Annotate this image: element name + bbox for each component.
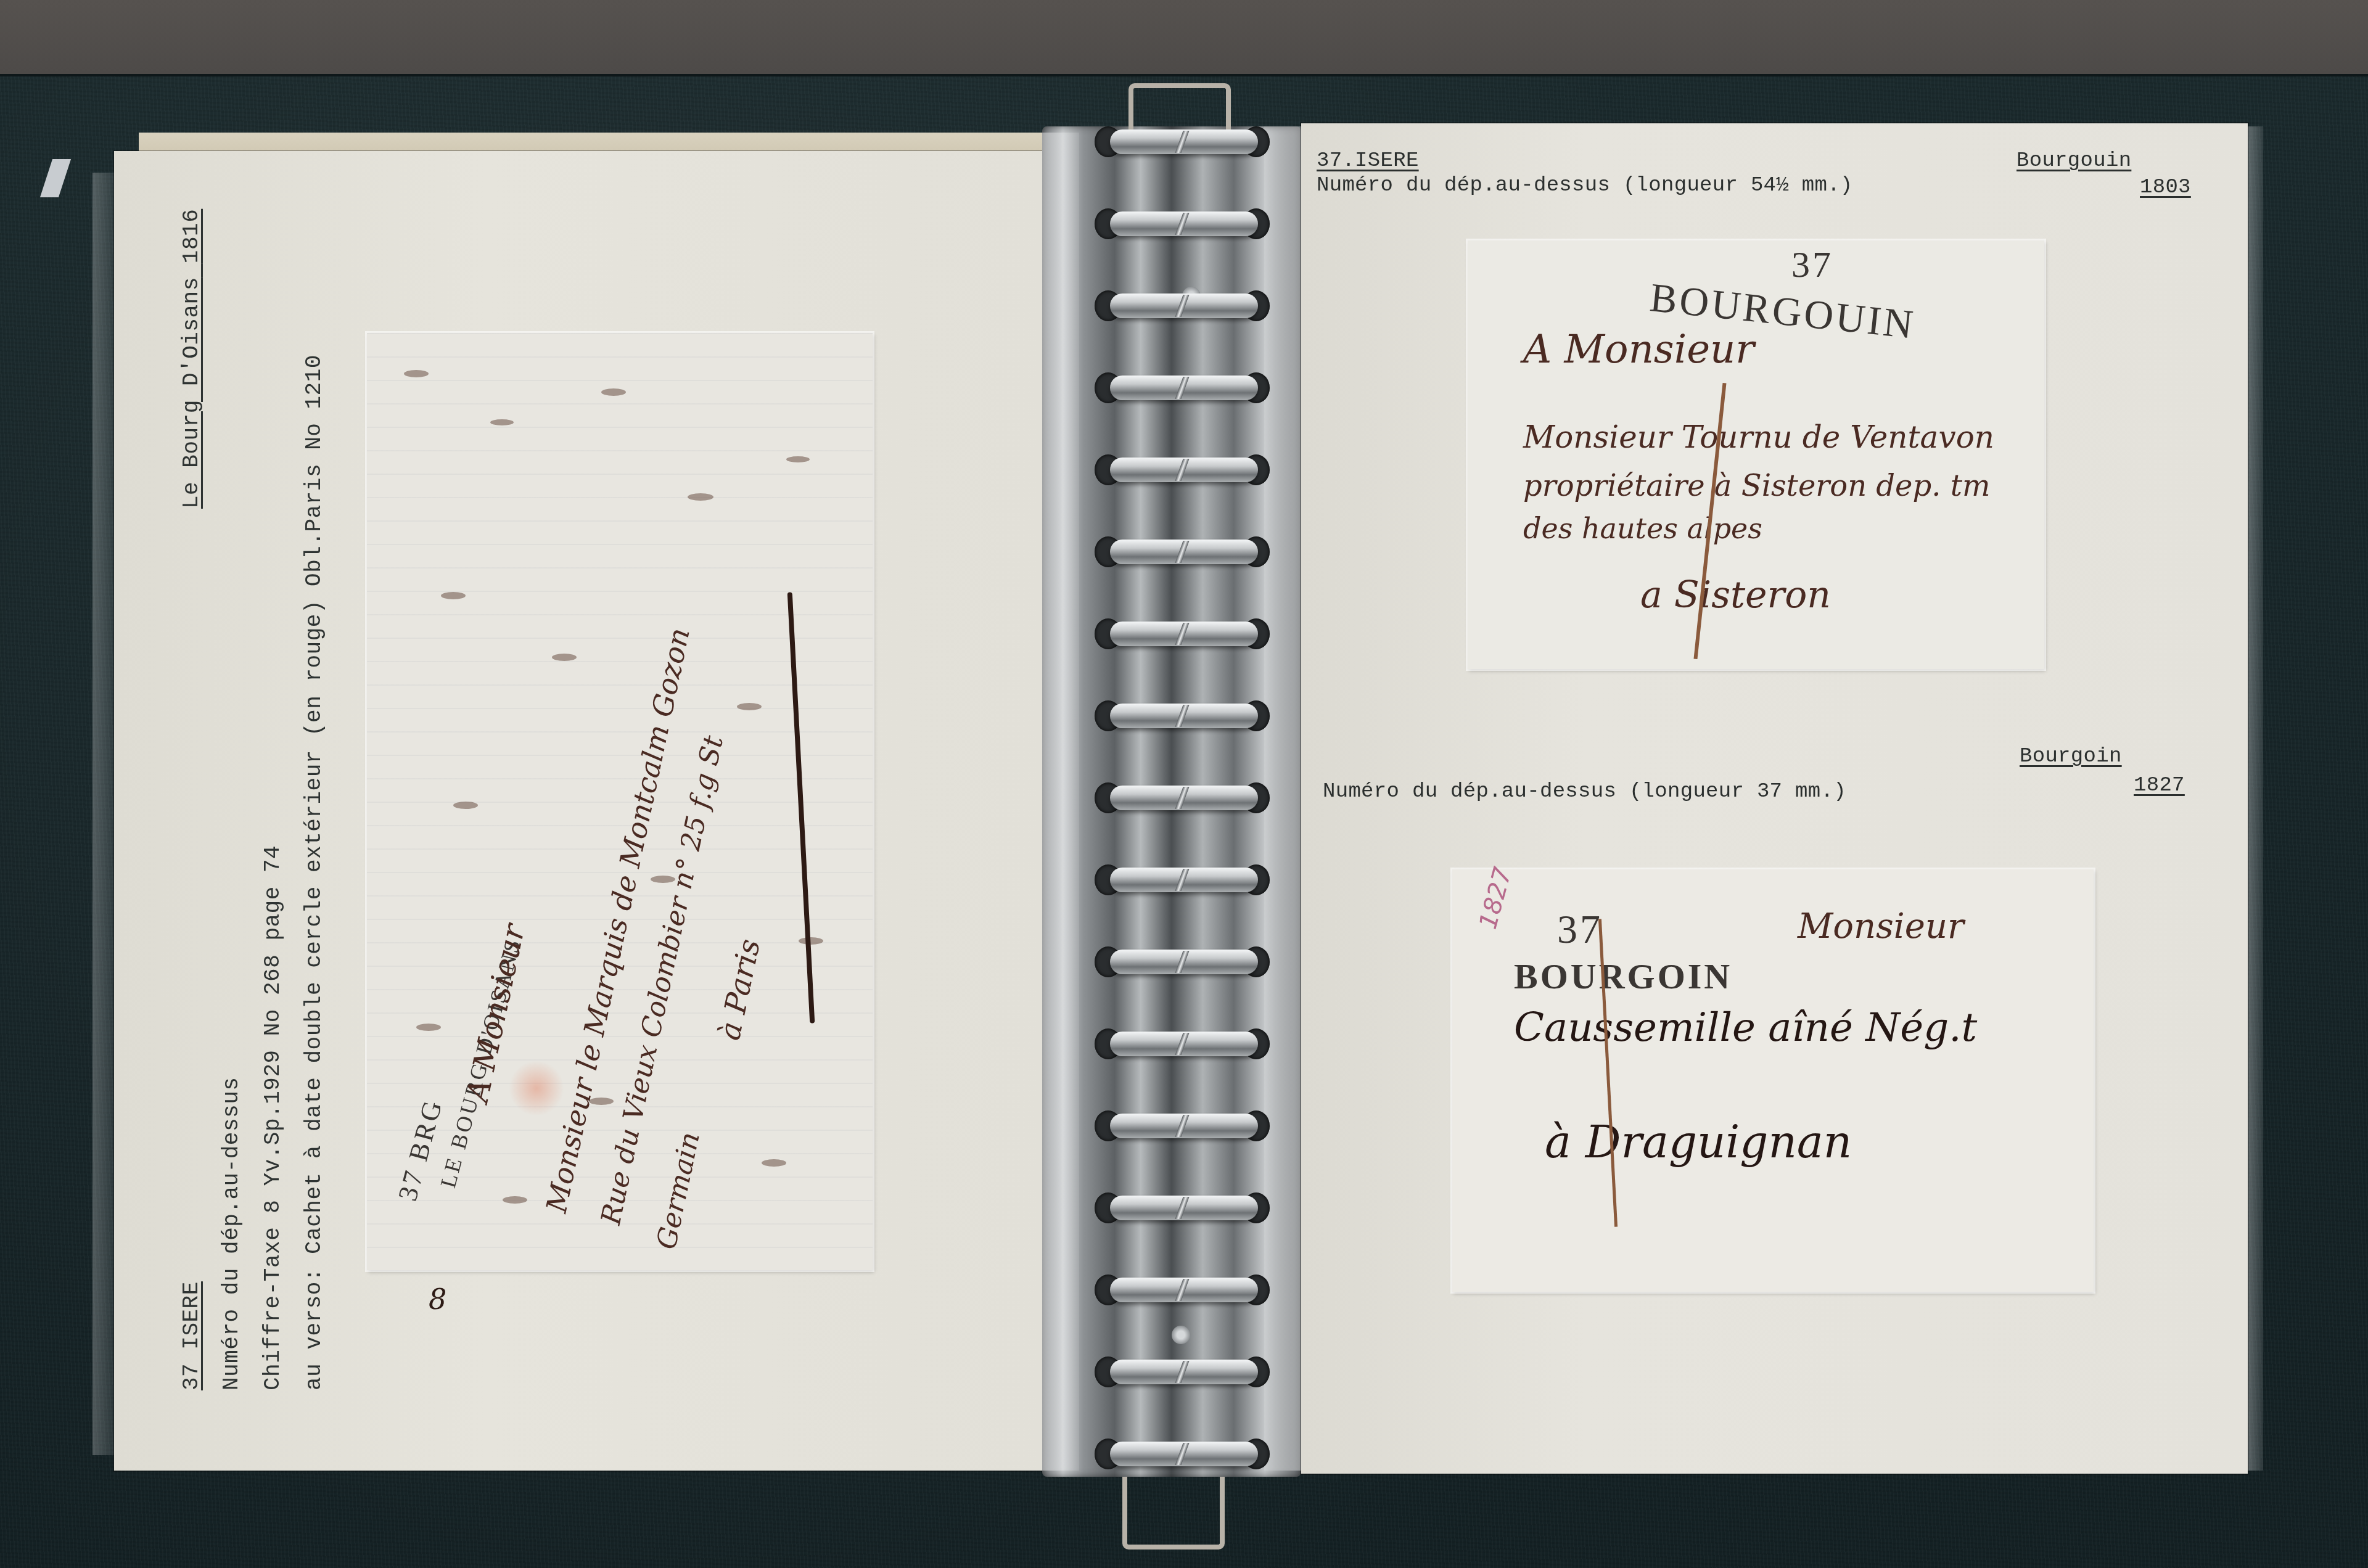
binder-ring xyxy=(1110,786,1258,810)
entry-2-description: Numéro du dép.au-dessus (longueur 37 mm.… xyxy=(1323,780,1846,803)
postmark-37-brg: 37 BRG xyxy=(392,1095,449,1204)
binder-ring xyxy=(1110,622,1258,646)
address-monsieur: Monsieur xyxy=(1798,906,1964,946)
tax-mark-8: 8 xyxy=(429,1283,446,1316)
postmark-bourgoin: BOURGOIN xyxy=(1514,956,1732,997)
address-line-proprietaire: propriétaire à Sisteron dep. tm xyxy=(1523,469,1991,503)
binder-ring xyxy=(1110,1032,1258,1056)
binder-ring xyxy=(1110,293,1258,318)
postmark-number-37: 37 xyxy=(1557,906,1603,953)
binder-screw-bottom xyxy=(1172,1326,1190,1344)
letter-cover-bourgouin-1803[interactable]: 37 BOURGOUIN A Monsieur Monsieur Tournu … xyxy=(1468,240,2044,669)
protective-sleeve-edge xyxy=(92,173,116,1455)
address-city-draguignan: à Draguignan xyxy=(1545,1116,1852,1168)
entry-2-year: 1827 xyxy=(2134,774,2185,797)
sleeve-spine-left xyxy=(1042,133,1079,1471)
address-line-hautes-alpes: des hautes alpes xyxy=(1523,512,1762,545)
binder-ring xyxy=(1110,1196,1258,1220)
ink-flourish xyxy=(787,592,815,1023)
letter-cover-bourgoin-1827[interactable]: 1827 37 BOURGOIN Monsieur Caussemille aî… xyxy=(1452,869,2094,1292)
address-line-4: Germain xyxy=(651,1130,706,1252)
sleeve-spine-right xyxy=(1264,126,1301,1471)
binder-ring xyxy=(1110,1114,1258,1138)
binder-ring xyxy=(1110,950,1258,974)
left-description-line-3: au verso: Cachet à date double cercle ex… xyxy=(302,355,327,1390)
right-department-title: 37.ISERE xyxy=(1317,149,1419,173)
binder-ring xyxy=(1110,1278,1258,1302)
binder-ring xyxy=(1110,540,1258,564)
address-city-sisteron: a Sisteron xyxy=(1640,573,1831,617)
binder-ring xyxy=(1110,1442,1258,1466)
binder-ring xyxy=(1110,211,1258,236)
binder-ring xyxy=(1110,129,1258,154)
address-a-monsieur: A Monsieur xyxy=(1523,327,1754,372)
binder-ring xyxy=(1110,376,1258,400)
binder-clip-bottom[interactable] xyxy=(1122,1477,1225,1550)
letter-cover-le-bourg-doisans[interactable]: 37 BRG LE BOURG D'OISANS A Monsieur Mons… xyxy=(367,333,873,1270)
album-page-left[interactable]: Le Bourg D'Oisans 1816 37 ISERE Numéro d… xyxy=(114,151,1042,1471)
left-department-title: 37 ISERE xyxy=(179,1281,204,1390)
binder-ring xyxy=(1110,1360,1258,1384)
postmark-number-37: 37 xyxy=(1791,244,1833,286)
address-recipient: Monsieur Tournu de Ventavon xyxy=(1523,419,1994,455)
entry-2-place: Bourgoin xyxy=(2020,745,2122,768)
address-line-5: à Paris xyxy=(712,936,767,1043)
entry-1-place: Bourgouin xyxy=(2016,149,2131,173)
left-description-line-1: Numéro du dép.au-dessus xyxy=(219,1077,244,1390)
address-recipient: Caussemille aîné Nég.t xyxy=(1514,1005,1977,1051)
binder-ring xyxy=(1110,458,1258,482)
left-page-heading: Le Bourg D'Oisans 1816 xyxy=(179,209,204,509)
left-description-line-2: Chiffre-Taxe 8 Yv.Sp.1929 No 268 page 74 xyxy=(260,845,286,1390)
entry-1-year: 1803 xyxy=(2140,176,2191,199)
red-cancel-bleed xyxy=(509,1061,564,1116)
entry-1-description: Numéro du dép.au-dessus (longueur 54½ mm… xyxy=(1317,174,1853,197)
binder-ring xyxy=(1110,704,1258,728)
pencil-date-1827: 1827 xyxy=(1474,864,1518,932)
album-page-right[interactable]: 37.ISERE Numéro du dép.au-dessus (longue… xyxy=(1301,123,2248,1474)
binder-ring xyxy=(1110,868,1258,892)
